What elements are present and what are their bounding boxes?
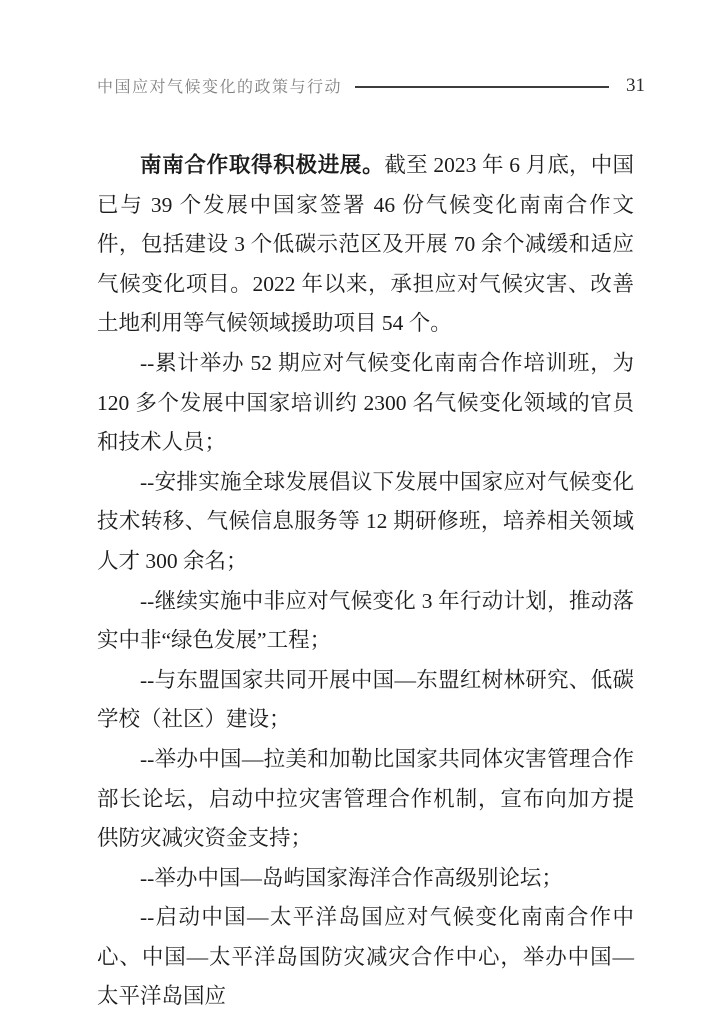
- paragraph-text: --启动中国—太平洋岛国应对气候变化南南合作中心、中国—太平洋岛国防灾减灾合作中…: [97, 905, 634, 1008]
- paragraph-china-celac-forum: --举办中国—拉美和加勒比国家共同体灾害管理合作部长论坛，启动中拉灾害管理合作机…: [97, 740, 634, 859]
- paragraph-text: --与东盟国家共同开展中国—东盟红树林研究、低碳学校（社区）建设；: [97, 668, 634, 732]
- header-rule: [355, 86, 609, 88]
- paragraph-text: --举办中国—岛屿国家海洋合作高级别论坛；: [140, 866, 563, 890]
- paragraph-south-south-progress: 南南合作取得积极进展。截至 2023 年 6 月底，中国已与 39 个发展中国家…: [97, 146, 634, 344]
- paragraph-text: 截至 2023 年 6 月底，中国已与 39 个发展中国家签署 46 份气候变化…: [97, 153, 634, 335]
- paragraph-training-courses: --累计举办 52 期应对气候变化南南合作培训班，为 120 多个发展中国家培训…: [97, 344, 634, 463]
- paragraph-lead-bold: 南南合作取得积极进展。: [140, 153, 384, 177]
- document-page: 中国应对气候变化的政策与行动 31 南南合作取得积极进展。截至 2023 年 6…: [0, 0, 724, 1023]
- document-body: 南南合作取得积极进展。截至 2023 年 6 月底，中国已与 39 个发展中国家…: [97, 146, 634, 1017]
- running-header-title: 中国应对气候变化的政策与行动: [97, 74, 342, 97]
- paragraph-text: --安排实施全球发展倡议下发展中国家应对气候变化技术转移、气候信息服务等 12 …: [97, 470, 634, 573]
- paragraph-island-countries-forum: --举办中国—岛屿国家海洋合作高级别论坛；: [97, 859, 634, 899]
- paragraph-global-development-initiative: --安排实施全球发展倡议下发展中国家应对气候变化技术转移、气候信息服务等 12 …: [97, 463, 634, 582]
- page-number: 31: [626, 75, 645, 97]
- paragraph-text: --继续实施中非应对气候变化 3 年行动计划，推动落实中非“绿色发展”工程；: [97, 589, 634, 653]
- paragraph-asean-mangrove: --与东盟国家共同开展中国—东盟红树林研究、低碳学校（社区）建设；: [97, 661, 634, 740]
- paragraph-pacific-island-centers: --启动中国—太平洋岛国应对气候变化南南合作中心、中国—太平洋岛国防灾减灾合作中…: [97, 898, 634, 1017]
- paragraph-text: --累计举办 52 期应对气候变化南南合作培训班，为 120 多个发展中国家培训…: [97, 351, 634, 454]
- paragraph-text: --举办中国—拉美和加勒比国家共同体灾害管理合作部长论坛，启动中拉灾害管理合作机…: [97, 747, 634, 850]
- paragraph-china-africa-action-plan: --继续实施中非应对气候变化 3 年行动计划，推动落实中非“绿色发展”工程；: [97, 582, 634, 661]
- page-header: 中国应对气候变化的政策与行动 31: [97, 74, 645, 97]
